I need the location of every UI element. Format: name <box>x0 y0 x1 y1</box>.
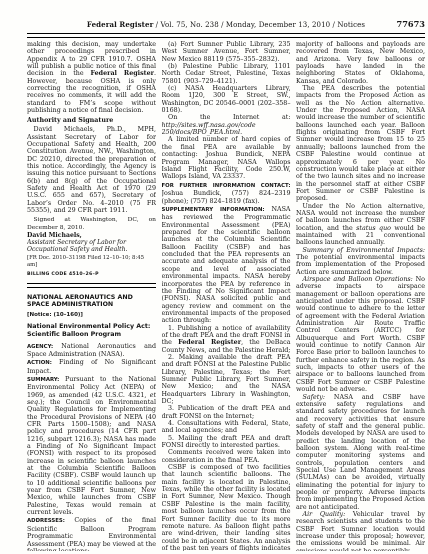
location-c: (c) NASA Headquarters Library, Room 1J20… <box>162 85 291 114</box>
signature-name: David Michaels, <box>27 232 156 239</box>
fr-doc-line: [FR Doc. 2010–31198 Filed 12–10–10; 8:45… <box>27 255 156 270</box>
running-head: Federal Register / Vol. 75, No. 238 / Mo… <box>27 20 425 31</box>
continued-paragraph: making this decision, may undertake othe… <box>27 41 156 114</box>
airspace-paragraph: Airspace and Balloon Operations: No adve… <box>296 276 425 394</box>
column-3: majority of balloons and payloads are re… <box>296 41 425 551</box>
summary-of-impacts-paragraph: Summary of Environmental Impacts: The po… <box>296 247 425 276</box>
section-divider <box>27 283 156 287</box>
column-2: (a) Fort Sumner Public Library, 235 West… <box>162 41 291 551</box>
air-quality-paragraph: Air Quality: Vehicular travel by researc… <box>296 511 425 551</box>
list-item-5: 5. Mailing the draft PEA and draft FONSI… <box>162 435 291 450</box>
further-information-paragraph: FOR FURTHER INFORMATION CONTACT: Joshua … <box>162 182 291 205</box>
action-paragraph: ACTION: Finding of No Significant Impact… <box>27 359 156 375</box>
summary-paragraph: SUMMARY: Pursuant to the National Enviro… <box>27 376 156 517</box>
agency-paragraph: AGENCY: National Aeronautics and Space A… <box>27 343 156 359</box>
recovery-paragraph: majority of balloons and payloads are re… <box>296 41 425 85</box>
list-item-3: 3. Publication of the draft PEA and draf… <box>162 405 291 420</box>
list-item-4: 4. Consultations with Federal, State, an… <box>162 420 291 435</box>
no-action-paragraph: Under the No Action alternative, NASA wo… <box>296 203 425 247</box>
hard-copies-paragraph: A limited number of hard copies of the f… <box>162 136 291 180</box>
billing-code: BILLING CODE 4510–26–P <box>27 271 156 278</box>
text-columns: making this decision, may undertake othe… <box>27 41 425 551</box>
page-number: 77673 <box>397 19 425 29</box>
agency-heading: NATIONAL AERONAUTICS AND SPACE ADMINISTR… <box>27 294 156 309</box>
internet-location: On the Internet at: http://sites.wff.nas… <box>162 114 291 136</box>
proposed-action-paragraph: The PEA describes the potential impacts … <box>296 85 425 203</box>
list-item-2: 2. Making available the draft PEA and dr… <box>162 354 291 405</box>
federal-register-page: Federal Register / Vol. 75, No. 238 / Mo… <box>0 0 428 554</box>
csbf-facilities-paragraph: CSBF is composed of two facilities that … <box>162 464 291 551</box>
document-title: National Environmental Policy Act: Scien… <box>27 323 156 338</box>
location-b: (b) Palestine Public Library, 1101 North… <box>162 63 291 85</box>
issue-info: / Vol. 75, No. 238 / Monday, December 13… <box>153 21 365 29</box>
supplementary-information-paragraph: SUPPLEMENTARY INFORMATION: NASA has revi… <box>162 206 291 325</box>
location-a: (a) Fort Sumner Public Library, 235 West… <box>162 41 291 63</box>
signed-line: Signed at Washington, DC, on December 8,… <box>27 216 156 231</box>
authority-and-signature-heading: Authority and Signature <box>27 117 156 124</box>
notice-number: [Notice: (10–160)] <box>27 312 156 319</box>
safety-paragraph: Safety: NASA and CSBF have extensive saf… <box>296 394 425 512</box>
signature-title: Assistant Secretary of Labor for Occupat… <box>27 239 156 253</box>
journal-name: Federal Register <box>87 20 153 29</box>
column-1: making this decision, may undertake othe… <box>27 41 156 551</box>
running-head-text: Federal Register / Vol. 75, No. 238 / Mo… <box>27 20 425 29</box>
list-item-1: 1. Publishing a notice of availability o… <box>162 325 291 354</box>
authority-paragraph: David Michaels, Ph.D., MPH, Assistant Se… <box>27 126 156 214</box>
header-rule <box>27 33 425 38</box>
comments-paragraph: Comments received were taken into consid… <box>162 449 291 464</box>
addresses-paragraph: ADDRESSES: Copies of the final Scientifi… <box>27 517 156 551</box>
